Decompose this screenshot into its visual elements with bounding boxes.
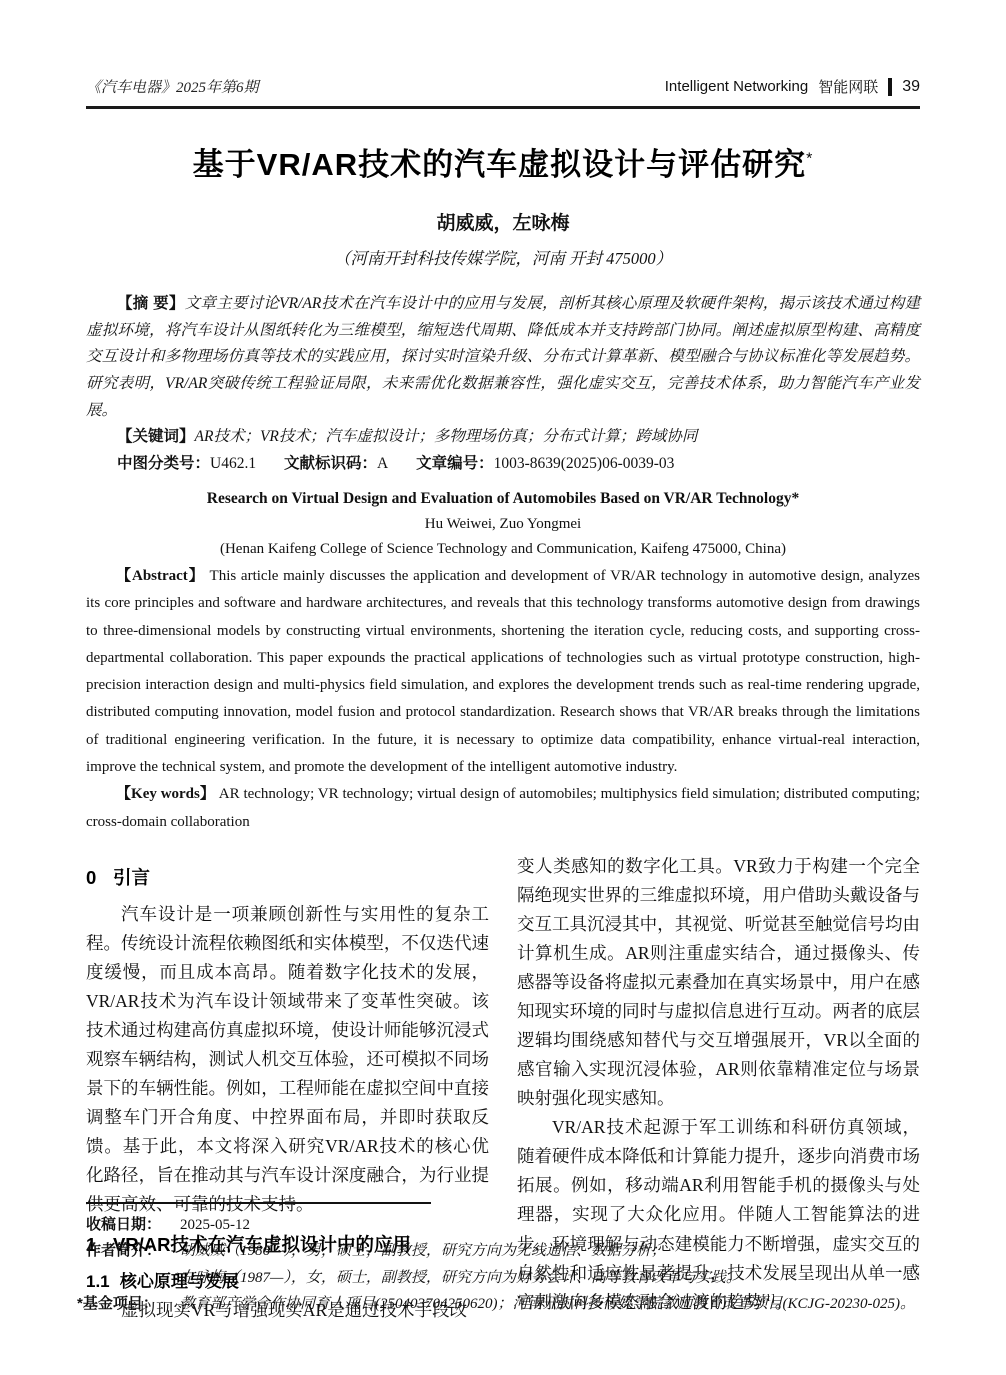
paragraph-continuation: 变人类感知的数字化工具。VR致力于构建一个完全隔绝现实世界的三维虚拟环境，用户借…: [517, 852, 920, 1113]
article-id-label: 文章编号：: [416, 455, 494, 472]
keywords-zh-text: AR技术；VR技术；汽车虚拟设计；多物理场仿真；分布式计算；跨域协同: [195, 428, 698, 445]
received-date-label: 收稿日期：: [86, 1212, 180, 1238]
abstract-zh-label: 【摘 要】: [117, 295, 185, 312]
fund-project-label: *基金项目：: [77, 1291, 180, 1317]
author-bio-label: 作者简介：: [86, 1238, 180, 1264]
fund-project-value: 教育部产学合作协同育人项目(250403704250620)；河南开封科技传媒学…: [180, 1291, 920, 1317]
article-title-text: 基于VR/AR技术的汽车虚拟设计与评估研究: [193, 147, 806, 182]
author-bio-label-spacer: [86, 1265, 180, 1291]
doc-code-label: 文献标识码：: [284, 455, 377, 472]
page-number: 39: [902, 78, 920, 96]
fund-project-row: *基金项目： 教育部产学合作协同育人项目(250403704250620)；河南…: [86, 1291, 920, 1317]
journal-issue: 《汽车电器》2025年第6期: [86, 76, 259, 97]
abstract-en-label: 【Abstract】: [116, 568, 205, 584]
authors: 胡威威，左咏梅: [86, 208, 920, 235]
clc-label: 中图分类号：: [117, 455, 210, 472]
header-rule: [86, 106, 920, 109]
keywords-zh-label: 【关键词】: [117, 428, 195, 445]
page-header: 《汽车电器》2025年第6期 Intelligent Networking 智能…: [86, 0, 920, 97]
section-title-zh: 智能网联: [818, 76, 878, 97]
footnote-rule: [86, 1202, 431, 1204]
abstract-en: 【Abstract】 This article mainly discusses…: [86, 563, 920, 781]
article-title: 基于VR/AR技术的汽车虚拟设计与评估研究*: [86, 139, 920, 184]
author-bio-2: 左咏梅（1987—），女，硕士，副教授，研究方向为财务会计、高等教育改革与实践。: [180, 1265, 920, 1291]
abstract-en-text: This article mainly discusses the applic…: [86, 568, 920, 775]
paper-page: 《汽车电器》2025年第6期 Intelligent Networking 智能…: [0, 0, 1006, 1375]
received-date-value: 2025-05-12: [180, 1212, 920, 1238]
section-number: 0: [86, 867, 96, 888]
doc-code-value: A: [377, 455, 388, 472]
header-divider-bar: [888, 78, 892, 96]
article-title-en: Research on Virtual Design and Evaluatio…: [86, 486, 920, 512]
author-bio-1: 胡威威（1986—），男，硕士，副教授，研究方向为无线通信、数据分析；: [180, 1238, 920, 1264]
authors-en: Hu Weiwei, Zuo Yongmei: [86, 512, 920, 538]
title-footnote-mark: *: [806, 151, 813, 168]
clc-value: U462.1: [210, 455, 256, 472]
abstract-zh: 【摘 要】文章主要讨论VR/AR技术在汽车设计中的应用与发展，剖析其核心原理及软…: [86, 291, 920, 424]
section-banner: Intelligent Networking 智能网联 39: [665, 76, 920, 97]
author-bio-row-1: 作者简介： 胡威威（1986—），男，硕士，副教授，研究方向为无线通信、数据分析…: [86, 1238, 920, 1264]
keywords-en-label: 【Key words】: [116, 786, 215, 802]
abstract-zh-text: 文章主要讨论VR/AR技术在汽车设计中的应用与发展，剖析其核心原理及软硬件架构，…: [86, 295, 920, 419]
section-title-en: Intelligent Networking: [665, 78, 808, 95]
front-matter: 【摘 要】文章主要讨论VR/AR技术在汽车设计中的应用与发展，剖析其核心原理及软…: [86, 291, 920, 836]
author-bio-row-2: 左咏梅（1987—），女，硕士，副教授，研究方向为财务会计、高等教育改革与实践。: [86, 1265, 920, 1291]
received-date-row: 收稿日期： 2025-05-12: [86, 1212, 920, 1238]
keywords-en: 【Key words】 AR technology; VR technology…: [86, 781, 920, 836]
section-heading-text: 引言: [113, 867, 150, 888]
affiliation-en: (Henan Kaifeng College of Science Techno…: [86, 537, 920, 563]
keywords-zh: 【关键词】AR技术；VR技术；汽车虚拟设计；多物理场仿真；分布式计算；跨域协同: [86, 424, 920, 451]
article-id-value: 1003-8639(2025)06-0039-03: [494, 455, 675, 472]
affiliation: （河南开封科技传媒学院，河南 开封 475000）: [86, 245, 920, 269]
section-heading-0: 0引言: [86, 864, 489, 890]
classification-line: 中图分类号：U462.1文献标识码：A文章编号：1003-8639(2025)0…: [86, 451, 920, 478]
paragraph-intro: 汽车设计是一项兼顾创新性与实用性的复杂工程。传统设计流程依赖图纸和实体模型，不仅…: [86, 900, 489, 1220]
footnotes: 收稿日期： 2025-05-12 作者简介： 胡威威（1986—），男，硕士，副…: [86, 1202, 920, 1317]
